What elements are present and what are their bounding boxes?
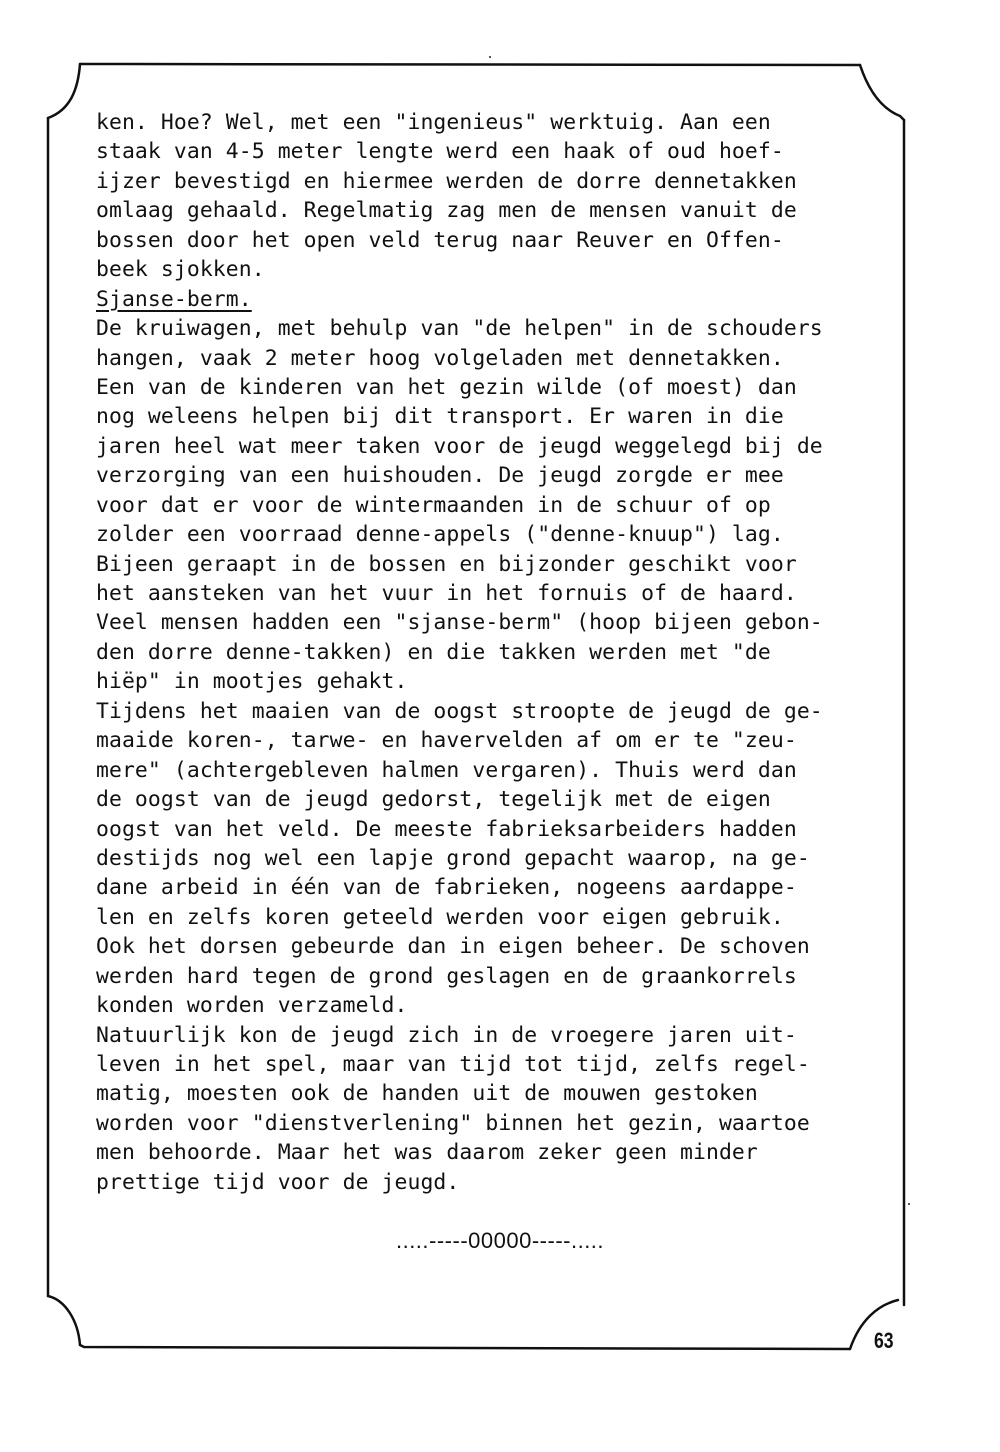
page-number: 63 xyxy=(874,1328,894,1354)
text-line: Natuurlijk kon de jeugd zich in de vroeg… xyxy=(96,1021,916,1050)
text-line: mere" (achtergebleven halmen vergaren). … xyxy=(96,756,916,785)
scan-speck xyxy=(489,56,491,58)
scan-speck xyxy=(908,1203,910,1205)
text-line: dane arbeid in één van de fabrieken, nog… xyxy=(96,873,916,902)
text-line: zolder een voorraad denne-appels ("denne… xyxy=(96,520,916,549)
text-line: De kruiwagen, met behulp van "de helpen"… xyxy=(96,314,916,343)
text-line: matig, moesten ook de handen uit de mouw… xyxy=(96,1079,916,1108)
text-line: bossen door het open veld terug naar Reu… xyxy=(96,226,916,255)
text-line: worden voor "dienstverlening" binnen het… xyxy=(96,1109,916,1138)
text-line: maaide koren-, tarwe- en havervelden af … xyxy=(96,726,916,755)
text-line: oogst van het veld. De meeste fabrieksar… xyxy=(96,815,916,844)
text-line: jaren heel wat meer taken voor de jeugd … xyxy=(96,432,916,461)
text-line: ijzer bevestigd en hiermee werden de dor… xyxy=(96,167,916,196)
text-line: den dorre denne-takken) en die takken we… xyxy=(96,638,916,667)
body-text: ken. Hoe? Wel, met een "ingenieus" werkt… xyxy=(96,108,916,1197)
section-heading: Sjanse-berm. xyxy=(96,285,916,314)
text-line: beek sjokken. xyxy=(96,255,916,284)
text-line: len en zelfs koren geteeld werden voor e… xyxy=(96,903,916,932)
text-line: de oogst van de jeugd gedorst, tegelijk … xyxy=(96,785,916,814)
text-line: staak van 4-5 meter lengte werd een haak… xyxy=(96,137,916,166)
text-line: leven in het spel, maar van tijd tot tij… xyxy=(96,1050,916,1079)
text-line: men behoorde. Maar het was daarom zeker … xyxy=(96,1138,916,1167)
text-line: werden hard tegen de grond geslagen en d… xyxy=(96,962,916,991)
text-line: voor dat er voor de wintermaanden in de … xyxy=(96,491,916,520)
text-line: nog weleens helpen bij dit transport. Er… xyxy=(96,402,916,431)
text-line: destijds nog wel een lapje grond gepacht… xyxy=(96,844,916,873)
text-line: konden worden verzameld. xyxy=(96,991,916,1020)
text-line: omlaag gehaald. Regelmatig zag men de me… xyxy=(96,196,916,225)
text-line: Ook het dorsen gebeurde dan in eigen beh… xyxy=(96,932,916,961)
text-line: verzorging van een huishouden. De jeugd … xyxy=(96,461,916,490)
text-line: prettige tijd voor de jeugd. xyxy=(96,1168,916,1197)
text-line: Een van de kinderen van het gezin wilde … xyxy=(96,373,916,402)
text-line: het aansteken van het vuur in het fornui… xyxy=(96,579,916,608)
text-line: Bijeen geraapt in de bossen en bijzonder… xyxy=(96,550,916,579)
text-line: Tijdens het maaien van de oogst stroopte… xyxy=(96,697,916,726)
section-separator: .....-----00000-----..... xyxy=(0,1228,1000,1254)
text-line: hangen, vaak 2 meter hoog volgeladen met… xyxy=(96,344,916,373)
text-line: ken. Hoe? Wel, met een "ingenieus" werkt… xyxy=(96,108,916,137)
text-line: hiëp" in mootjes gehakt. xyxy=(96,667,916,696)
text-line: Veel mensen hadden een "sjanse-berm" (ho… xyxy=(96,608,916,637)
